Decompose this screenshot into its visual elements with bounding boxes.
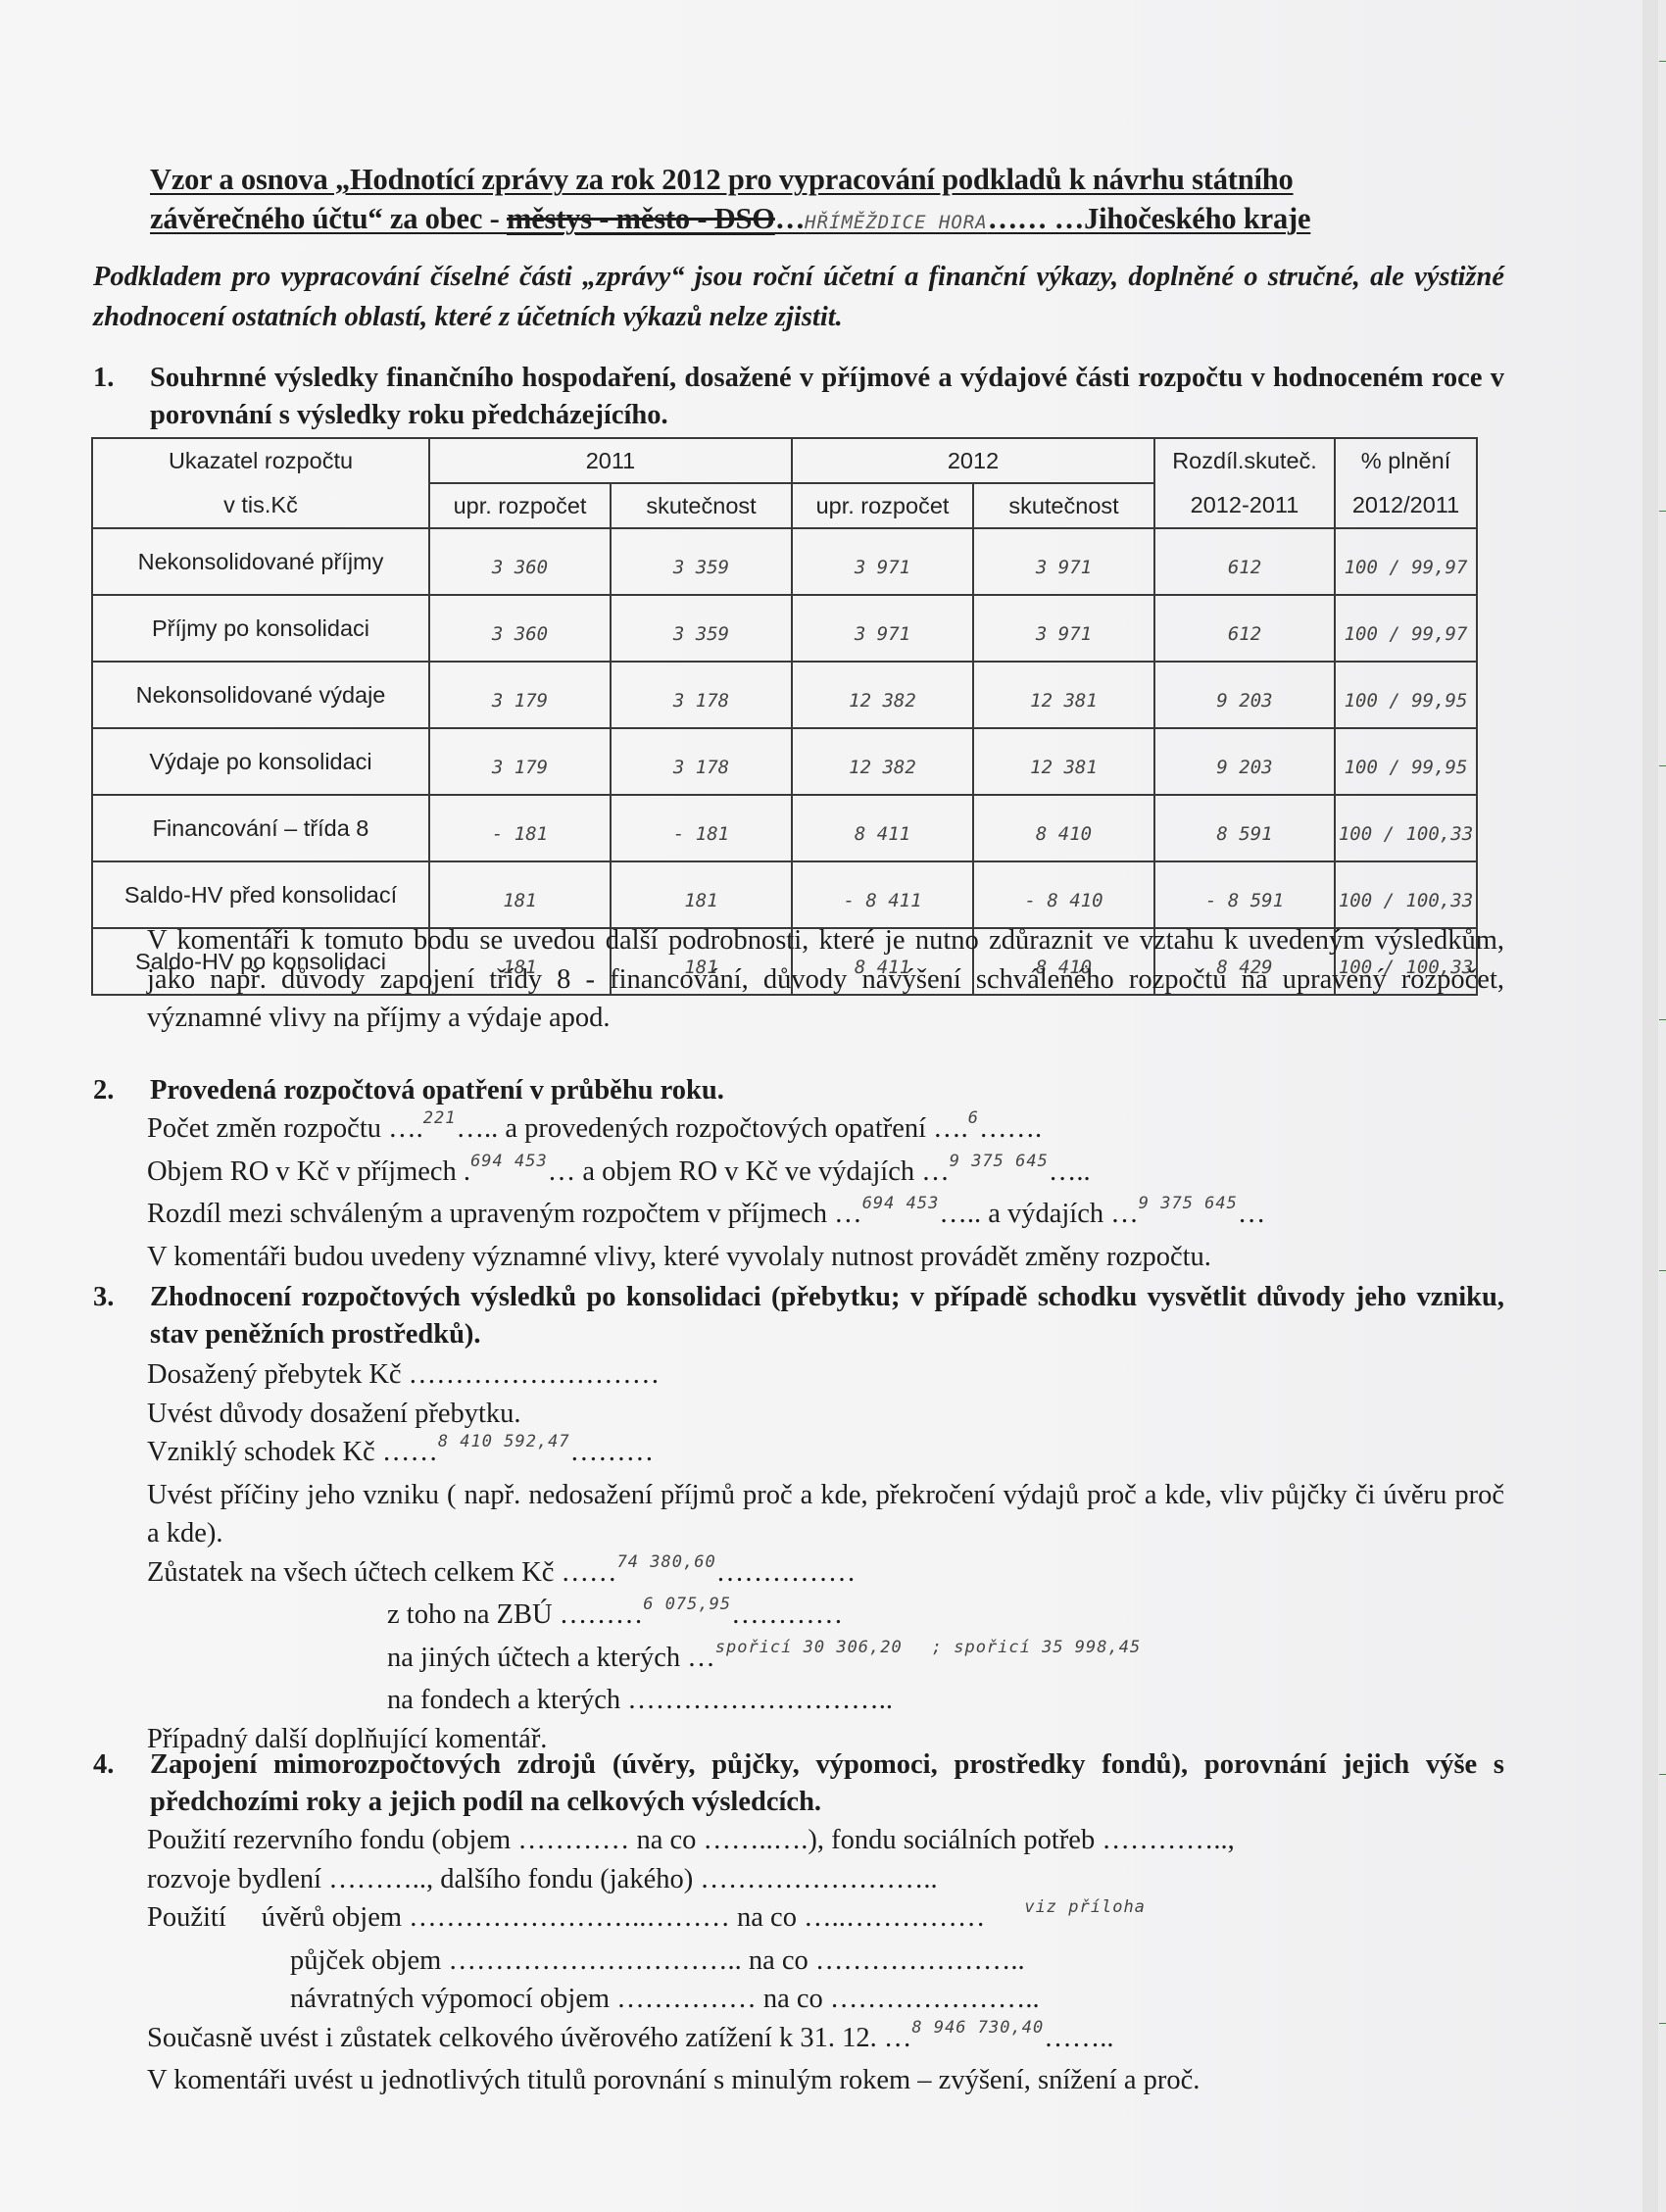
cell-r2011-sk: 3 178 bbox=[611, 662, 792, 728]
cell-plneni: 100 / 99,97 bbox=[1335, 528, 1477, 595]
intro-paragraph: Podkladem pro vypracování číselné části … bbox=[93, 257, 1504, 337]
header-2012: 2012 bbox=[792, 438, 1154, 483]
cell-r2012-sk: 3 971 bbox=[973, 595, 1154, 662]
cell-r2011-upr: 3 360 bbox=[429, 595, 611, 662]
header-2011-budget: upr. rozpočet bbox=[429, 483, 611, 528]
cell-r2012-sk: - 8 410 bbox=[973, 861, 1154, 928]
cell-plneni: 100 / 100,33 bbox=[1335, 861, 1477, 928]
cell-r2011-upr: 3 360 bbox=[429, 528, 611, 595]
deficit-line: Vzniklý schodek Kč ……8 410 592,47……… bbox=[147, 1433, 1504, 1476]
deficit-value: 8 410 592,47 bbox=[438, 1432, 570, 1451]
assistance-line: návratných výpomocí objem …………… na co ……… bbox=[147, 1980, 1504, 2019]
cell-r2012-upr: 8 411 bbox=[792, 795, 973, 861]
header-fulfillment-years: 2012/2011 bbox=[1335, 483, 1477, 528]
row-label: Saldo-HV před konsolidací bbox=[92, 861, 429, 928]
ro-expense-volume: 9 375 645 bbox=[950, 1152, 1049, 1171]
header-2011-actual: skutečnost bbox=[611, 483, 792, 528]
margin-tick bbox=[1659, 2023, 1666, 2024]
cell-r2012-upr: - 8 411 bbox=[792, 861, 973, 928]
ro-income-volume: 694 453 bbox=[470, 1152, 548, 1171]
municipality-name: HŘÍMĚŽDICE HORA bbox=[805, 212, 988, 233]
cell-rozdil: 612 bbox=[1154, 528, 1335, 595]
balance-line: Zůstatek na všech účtech celkem Kč ……74 … bbox=[147, 1553, 1504, 1597]
margin-tick bbox=[1659, 1019, 1666, 1020]
cell-r2011-upr: 3 179 bbox=[429, 728, 611, 795]
header-unit: v tis.Kč bbox=[92, 483, 429, 528]
table-row: Nekonsolidované výdaje3 1793 17812 38212… bbox=[92, 662, 1477, 728]
expense-difference: 9 375 645 bbox=[1139, 1194, 1238, 1213]
header-2012-budget: upr. rozpočet bbox=[792, 483, 973, 528]
budget-changes-count: 221 bbox=[423, 1108, 457, 1128]
cell-rozdil: 9 203 bbox=[1154, 728, 1335, 795]
document-title: Vzor a osnova „Hodnotící zprávy za rok 2… bbox=[150, 160, 1463, 242]
cell-rozdil: - 8 591 bbox=[1154, 861, 1335, 928]
cell-plneni: 100 / 99,97 bbox=[1335, 595, 1477, 662]
balance-value: 74 380,60 bbox=[617, 1552, 716, 1572]
table-row: Financování – třída 8- 181- 1818 4118 41… bbox=[92, 795, 1477, 861]
cell-plneni: 100 / 99,95 bbox=[1335, 662, 1477, 728]
cell-r2012-upr: 3 971 bbox=[792, 595, 973, 662]
housing-fund-line: rozvoje bydlení ……….., dalšího fondu (ja… bbox=[147, 1860, 1504, 1899]
row-label: Nekonsolidované výdaje bbox=[92, 662, 429, 728]
table-row: Nekonsolidované příjmy3 3603 3593 9713 9… bbox=[92, 528, 1477, 595]
deficit-reasons: Uvést příčiny jeho vzniku ( např. nedosa… bbox=[147, 1476, 1504, 1553]
cell-r2011-upr: 181 bbox=[429, 861, 611, 928]
other-accounts-value-1: spořicí 30 306,20 bbox=[715, 1638, 903, 1657]
row-label: Příjmy po konsolidaci bbox=[92, 595, 429, 662]
cell-r2011-sk: 3 178 bbox=[611, 728, 792, 795]
margin-tick bbox=[1659, 61, 1666, 62]
cell-rozdil: 8 591 bbox=[1154, 795, 1335, 861]
other-accounts-value-2: ; spořicí 35 998,45 bbox=[932, 1638, 1141, 1657]
table-row: Saldo-HV před konsolidací181181- 8 411- … bbox=[92, 861, 1477, 928]
table-row: Příjmy po konsolidaci3 3603 3593 9713 97… bbox=[92, 595, 1477, 662]
row-label: Nekonsolidované příjmy bbox=[92, 528, 429, 595]
cell-r2012-upr: 12 382 bbox=[792, 662, 973, 728]
ro-volume-line: Objem RO v Kč v příjmech .694 453… a obj… bbox=[147, 1153, 1265, 1196]
cell-r2012-sk: 8 410 bbox=[973, 795, 1154, 861]
header-difference-years: 2012-2011 bbox=[1154, 483, 1335, 528]
cell-r2011-upr: 3 179 bbox=[429, 662, 611, 728]
margin-tick bbox=[1659, 1270, 1666, 1271]
section-2-body: Počet změn rozpočtu ….221….. a provedený… bbox=[147, 1109, 1265, 1276]
cell-rozdil: 612 bbox=[1154, 595, 1335, 662]
section-1-comment: V komentáři k tomuto bodu se uvedou dalš… bbox=[147, 921, 1504, 1038]
region-name: Jihočeského kraje bbox=[1084, 202, 1310, 235]
struck-options: městys - město - DSO bbox=[507, 202, 775, 235]
section-3-body: Dosažený přebytek Kč ……………………… Uvést dův… bbox=[147, 1355, 1504, 1758]
loans-note: viz příloha bbox=[1024, 1897, 1146, 1917]
header-fulfillment: % plnění bbox=[1335, 438, 1477, 483]
header-2012-actual: skutečnost bbox=[973, 483, 1154, 528]
cell-r2012-sk: 12 381 bbox=[973, 662, 1154, 728]
section-4-body: Použití rezervního fondu (objem ………… na … bbox=[147, 1821, 1504, 2100]
budget-difference-line: Rozdíl mezi schváleným a upraveným rozpo… bbox=[147, 1195, 1265, 1238]
results-table: Ukazatel rozpočtu 2011 2012 Rozdíl.skute… bbox=[91, 437, 1478, 996]
section-4-heading: 4. Zapojení mimorozpočtových zdrojů (úvě… bbox=[150, 1746, 1504, 1821]
page-edge-strip bbox=[1658, 0, 1666, 2212]
cell-plneni: 100 / 100,33 bbox=[1335, 795, 1477, 861]
margin-tick bbox=[1659, 765, 1666, 766]
reserve-fund-line: Použití rezervního fondu (objem ………… na … bbox=[147, 1821, 1504, 1860]
loans-line: Použitíúvěrů objem ……………………..……… na co …… bbox=[147, 1898, 1504, 1942]
row-label: Financování – třída 8 bbox=[92, 795, 429, 861]
margin-tick bbox=[1659, 1774, 1666, 1775]
cell-r2012-upr: 12 382 bbox=[792, 728, 973, 795]
budget-measures-count: 6 bbox=[968, 1108, 979, 1128]
cell-r2012-sk: 3 971 bbox=[973, 528, 1154, 595]
total-debt-line: Současně uvést i zůstatek celkového úvěr… bbox=[147, 2019, 1504, 2062]
cell-r2012-sk: 12 381 bbox=[973, 728, 1154, 795]
title-line-1: Vzor a osnova „Hodnotící zprávy za rok 2… bbox=[150, 160, 1463, 199]
header-difference: Rozdíl.skuteč. bbox=[1154, 438, 1335, 483]
table-row: Výdaje po konsolidaci3 1793 17812 38212 … bbox=[92, 728, 1477, 795]
cell-r2012-upr: 3 971 bbox=[792, 528, 973, 595]
surplus-line: Dosažený přebytek Kč ……………………… bbox=[147, 1355, 1504, 1395]
cell-rozdil: 9 203 bbox=[1154, 662, 1335, 728]
funds-line: na fondech a kterých ……………………….. bbox=[147, 1681, 1504, 1720]
other-accounts-line: na jiných účtech a kterých …spořicí 30 3… bbox=[147, 1639, 1504, 1682]
row-label: Výdaje po konsolidaci bbox=[92, 728, 429, 795]
cell-r2011-sk: 3 359 bbox=[611, 595, 792, 662]
total-debt-value: 8 946 730,40 bbox=[911, 2018, 1044, 2038]
header-2011: 2011 bbox=[429, 438, 792, 483]
budget-changes-line: Počet změn rozpočtu ….221….. a provedený… bbox=[147, 1109, 1265, 1153]
cell-r2011-upr: - 181 bbox=[429, 795, 611, 861]
cell-plneni: 100 / 99,95 bbox=[1335, 728, 1477, 795]
section-3-heading: 3. Zhodnocení rozpočtových výsledků po k… bbox=[150, 1279, 1504, 1353]
zbu-line: z toho na ZBÚ ………6 075,95………… bbox=[147, 1596, 1504, 1639]
borrowings-line: půjček objem ………………………….. na co ………………….… bbox=[147, 1942, 1504, 1981]
title-line-2: závěrečného účtu“ za obec - městys - měs… bbox=[150, 199, 1463, 242]
page-edge bbox=[1642, 0, 1658, 2212]
header-indicator: Ukazatel rozpočtu bbox=[92, 438, 429, 483]
cell-r2011-sk: 181 bbox=[611, 861, 792, 928]
income-difference: 694 453 bbox=[862, 1194, 940, 1213]
margin-tick bbox=[1659, 511, 1666, 512]
section-2-heading: 2. Provedená rozpočtová opatření v průbě… bbox=[150, 1072, 1504, 1109]
section-1-heading: 1. Souhrnné výsledky finančního hospodař… bbox=[150, 360, 1504, 434]
cell-r2011-sk: 3 359 bbox=[611, 528, 792, 595]
cell-r2011-sk: - 181 bbox=[611, 795, 792, 861]
zbu-value: 6 075,95 bbox=[643, 1595, 731, 1614]
